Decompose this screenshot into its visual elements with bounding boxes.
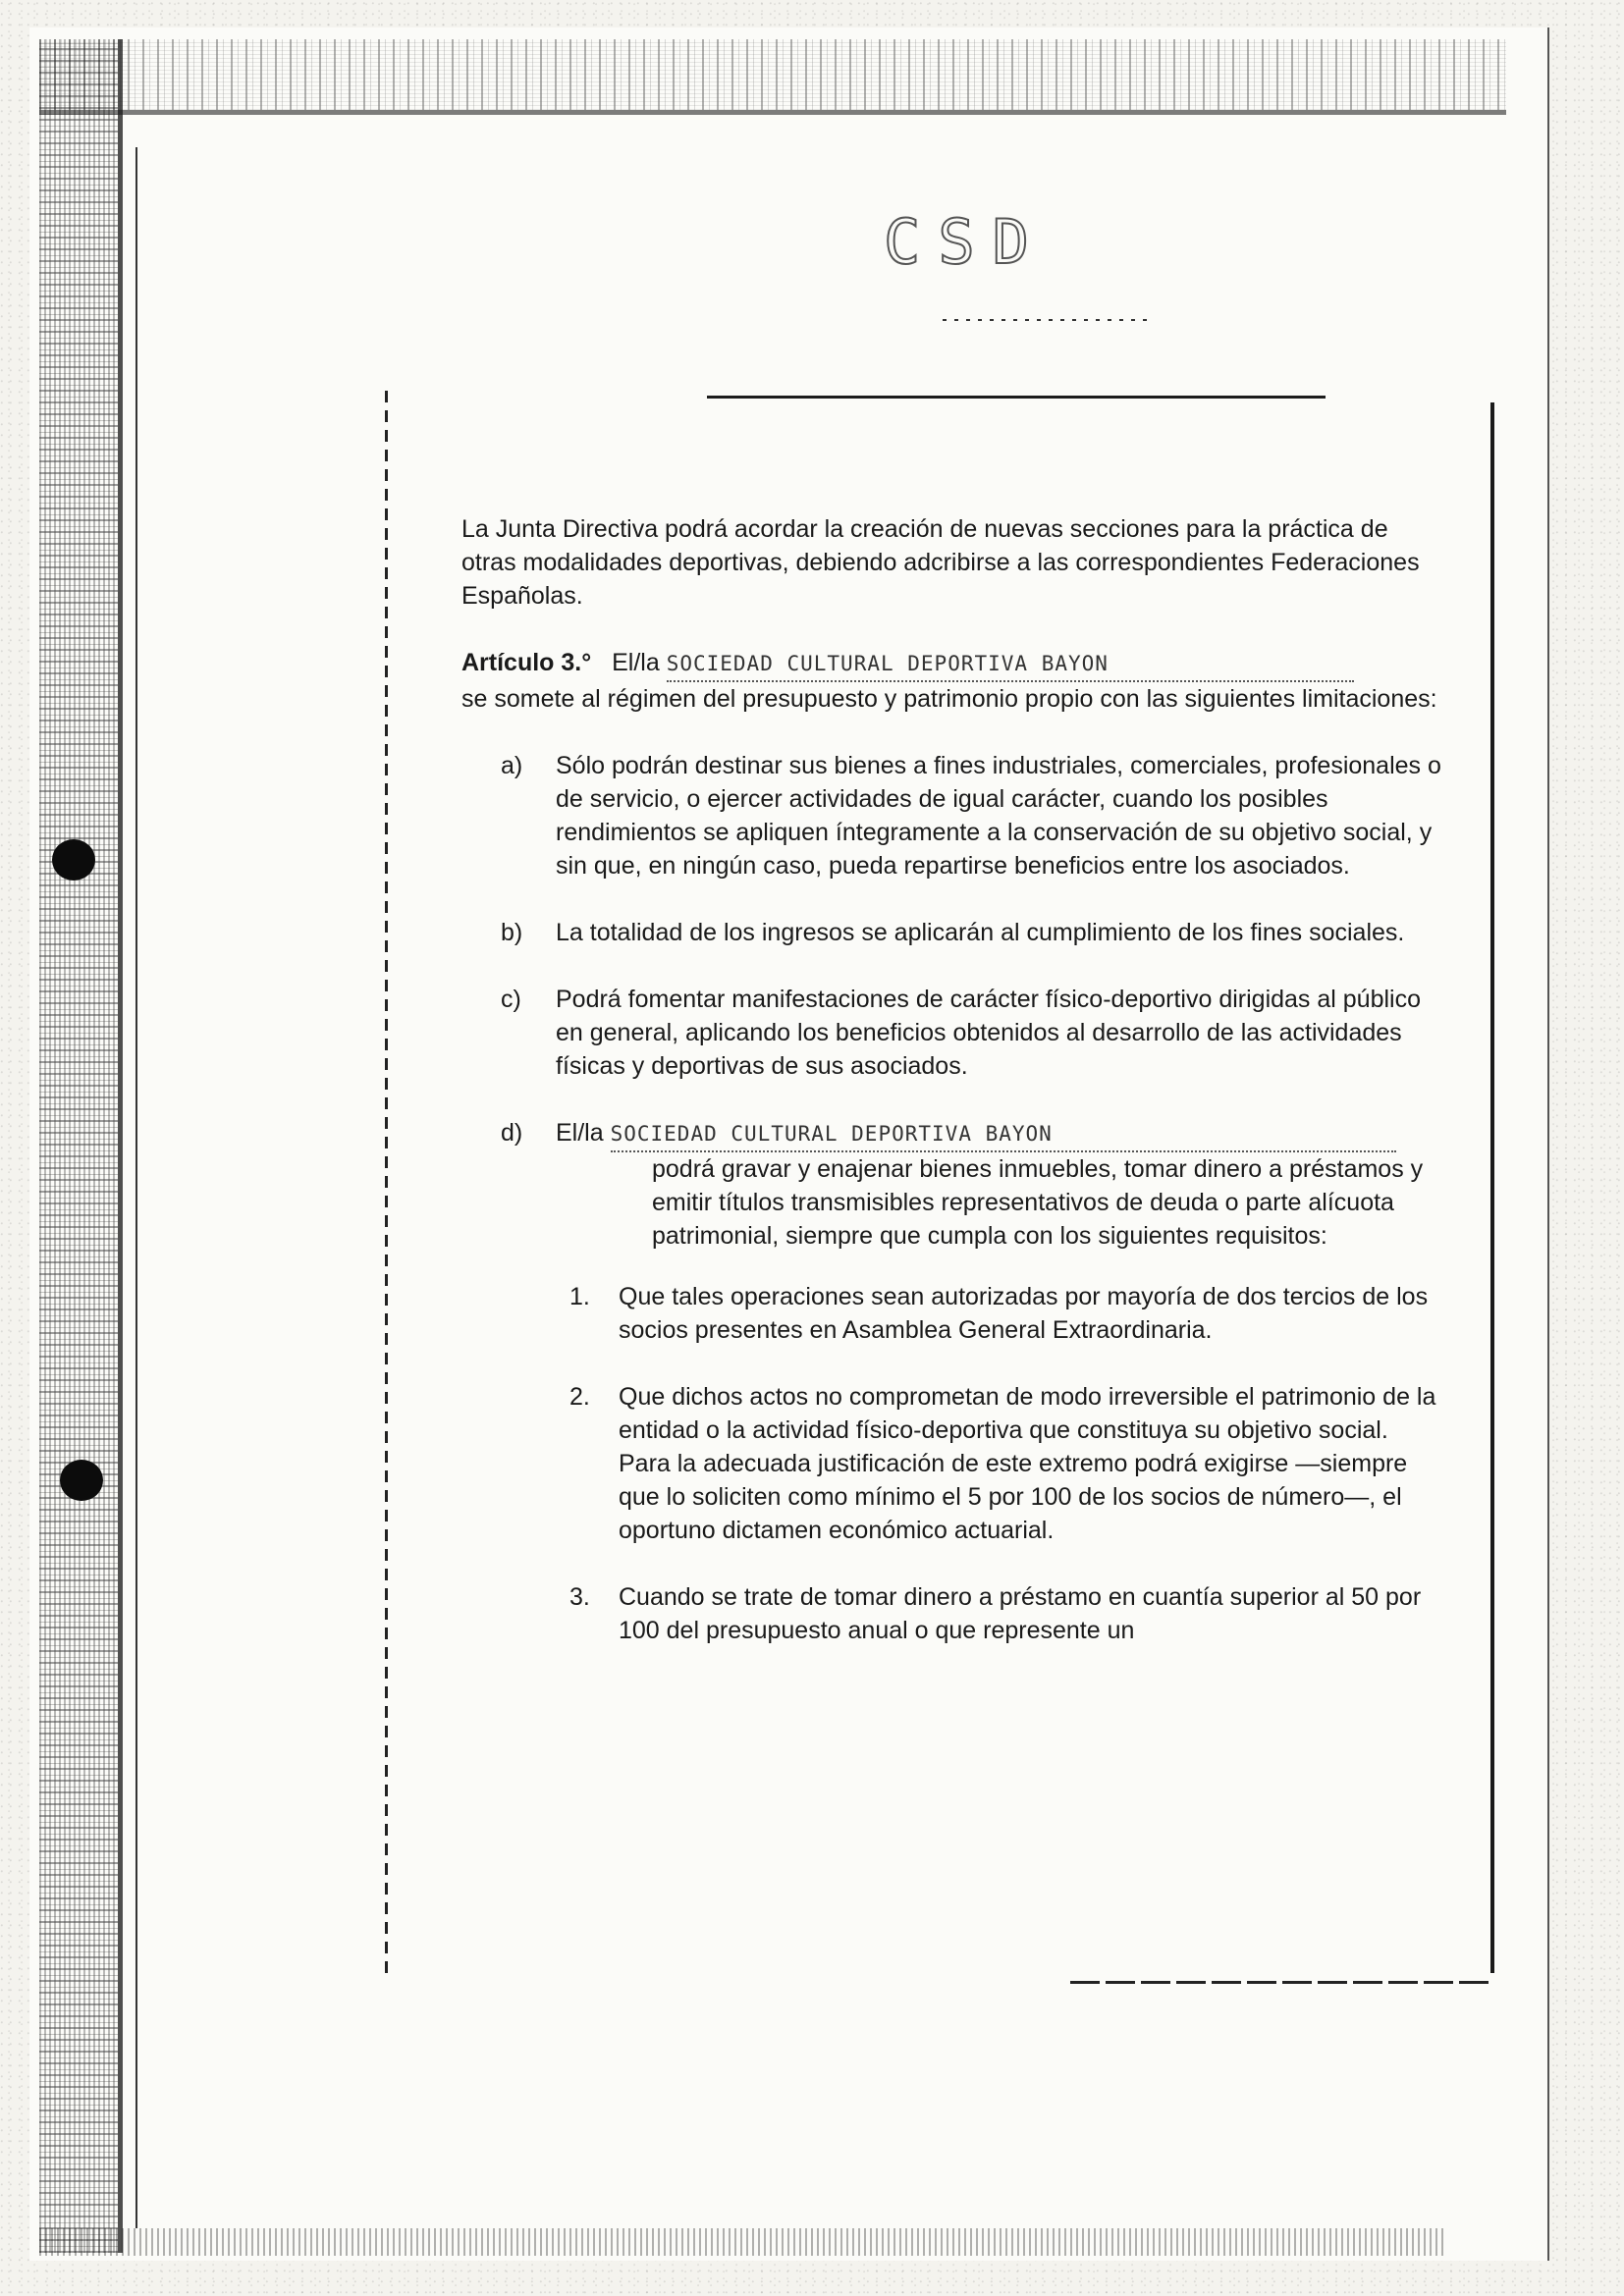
item-marker: c) <box>501 983 556 1083</box>
inner-frame-bottom <box>1070 1981 1492 1984</box>
requirement-text: Que tales operaciones sean autorizadas p… <box>619 1280 1443 1347</box>
item-text: Sólo podrán destinar sus bienes a fines … <box>556 749 1443 882</box>
requirement-text: Cuando se trate de tomar dinero a présta… <box>619 1580 1443 1647</box>
letterhead-rule <box>707 396 1326 399</box>
inner-frame-right <box>1490 402 1494 1973</box>
punch-hole-bottom <box>60 1460 103 1501</box>
requirement-marker: 1. <box>569 1280 619 1347</box>
requirement-3: 3. Cuando se trate de tomar dinero a pré… <box>461 1580 1443 1647</box>
margin-rule <box>135 147 137 2228</box>
copy-shadow-bottom <box>39 2228 1443 2256</box>
article-heading: Artículo 3.° <box>461 649 591 676</box>
intro-paragraph: La Junta Directiva podrá acordar la crea… <box>461 512 1443 613</box>
copy-shadow-left <box>39 39 123 2253</box>
requirement-2: 2. Que dichos actos no comprometan de mo… <box>461 1380 1443 1547</box>
requirement-text: Que dichos actos no comprometan de modo … <box>619 1380 1443 1547</box>
item-text: Podrá fomentar manifestaciones de caráct… <box>556 983 1443 1083</box>
item-text: La totalidad de los ingresos se aplicará… <box>556 916 1443 949</box>
list-item-c: c) Podrá fomentar manifestaciones de car… <box>461 983 1443 1083</box>
punch-hole-top <box>52 839 95 881</box>
entity-name: SOCIEDAD CULTURAL DEPORTIVA BAYON <box>667 652 1109 675</box>
item-d-body: El/la SOCIEDAD CULTURAL DEPORTIVA BAYON … <box>556 1116 1443 1253</box>
entity-name: SOCIEDAD CULTURAL DEPORTIVA BAYON <box>611 1122 1053 1146</box>
csd-logo: CSD <box>884 206 1047 278</box>
requirement-marker: 2. <box>569 1380 619 1547</box>
document-body: La Junta Directiva podrá acordar la crea… <box>461 512 1443 1681</box>
item-prefix: El/la <box>556 1119 604 1147</box>
letterhead-dots <box>943 319 1149 321</box>
item-text: podrá gravar y enajenar bienes inmuebles… <box>556 1152 1443 1253</box>
inner-frame-left <box>385 383 388 1973</box>
entity-name-field: SOCIEDAD CULTURAL DEPORTIVA BAYON <box>611 1116 1396 1152</box>
requirement-marker: 3. <box>569 1580 619 1647</box>
page-edge-right <box>1547 27 1549 2261</box>
entity-name-field: SOCIEDAD CULTURAL DEPORTIVA BAYON <box>667 646 1354 682</box>
list-item-d: d) El/la SOCIEDAD CULTURAL DEPORTIVA BAY… <box>461 1116 1443 1253</box>
list-item-b: b) La totalidad de los ingresos se aplic… <box>461 916 1443 949</box>
item-marker: b) <box>501 916 556 949</box>
list-item-a: a) Sólo podrán destinar sus bienes a fin… <box>461 749 1443 882</box>
item-marker: d) <box>501 1116 556 1253</box>
article-body: se somete al régimen del presupuesto y p… <box>461 685 1437 713</box>
article-prefix: El/la <box>612 649 660 676</box>
article-3: Artículo 3.° El/la SOCIEDAD CULTURAL DEP… <box>461 646 1443 716</box>
item-marker: a) <box>501 749 556 882</box>
requirement-1: 1. Que tales operaciones sean autorizada… <box>461 1280 1443 1347</box>
copy-shadow-top <box>39 39 1506 115</box>
